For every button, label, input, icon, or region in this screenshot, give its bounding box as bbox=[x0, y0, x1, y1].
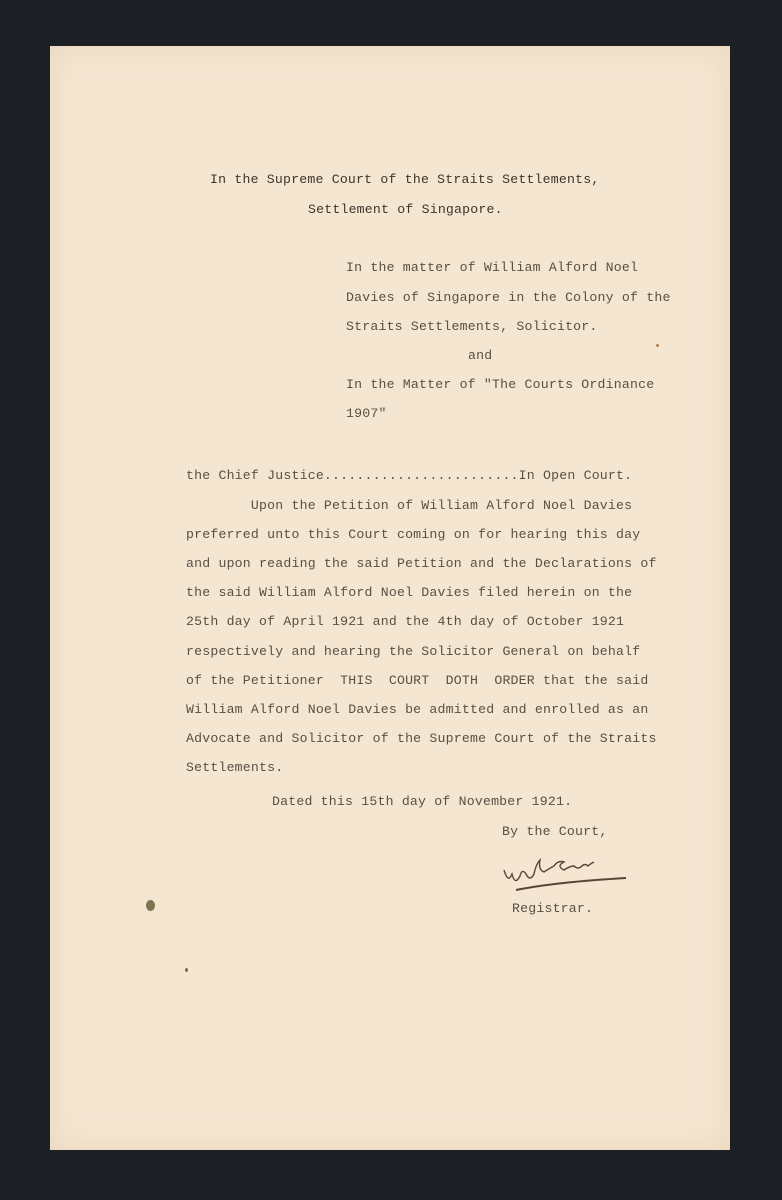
matter-line: In the Matter of "The Courts Ordinance bbox=[346, 377, 654, 392]
registrar-title: Registrar. bbox=[512, 901, 593, 916]
by-the-court: By the Court, bbox=[502, 824, 607, 839]
body-line: and upon reading the said Petition and t… bbox=[186, 556, 657, 571]
body-line: the said William Alford Noel Davies file… bbox=[186, 585, 632, 600]
body-line: preferred unto this Court coming on for … bbox=[186, 527, 640, 542]
body-line: Upon the Petition of William Alford Noel… bbox=[186, 498, 632, 513]
body-line: Advocate and Solicitor of the Supreme Co… bbox=[186, 731, 657, 746]
body-line: respectively and hearing the Solicitor G… bbox=[186, 644, 640, 659]
court-heading: In the Supreme Court of the Straits Sett… bbox=[210, 172, 599, 187]
matter-line: Davies of Singapore in the Colony of the bbox=[346, 290, 671, 305]
matter-line: Straits Settlements, Solicitor. bbox=[346, 319, 598, 334]
ink-blot bbox=[146, 900, 155, 911]
ink-speck bbox=[656, 344, 659, 347]
registrar-signature bbox=[502, 856, 632, 896]
matter-conjunction: and bbox=[468, 348, 492, 363]
dated-line: Dated this 15th day of November 1921. bbox=[272, 794, 572, 809]
ink-speck bbox=[185, 968, 188, 972]
settlement-heading: Settlement of Singapore. bbox=[308, 202, 503, 217]
bench-line: the Chief Justice.......................… bbox=[186, 468, 632, 483]
body-line: Settlements. bbox=[186, 760, 283, 775]
body-line: 25th day of April 1921 and the 4th day o… bbox=[186, 614, 624, 629]
matter-line: In the matter of William Alford Noel bbox=[346, 260, 638, 275]
matter-line: 1907" bbox=[346, 406, 387, 421]
body-line: William Alford Noel Davies be admitted a… bbox=[186, 702, 649, 717]
body-line: of the Petitioner THIS COURT DOTH ORDER … bbox=[186, 673, 649, 688]
court-order-document: In the Supreme Court of the Straits Sett… bbox=[50, 46, 730, 1150]
